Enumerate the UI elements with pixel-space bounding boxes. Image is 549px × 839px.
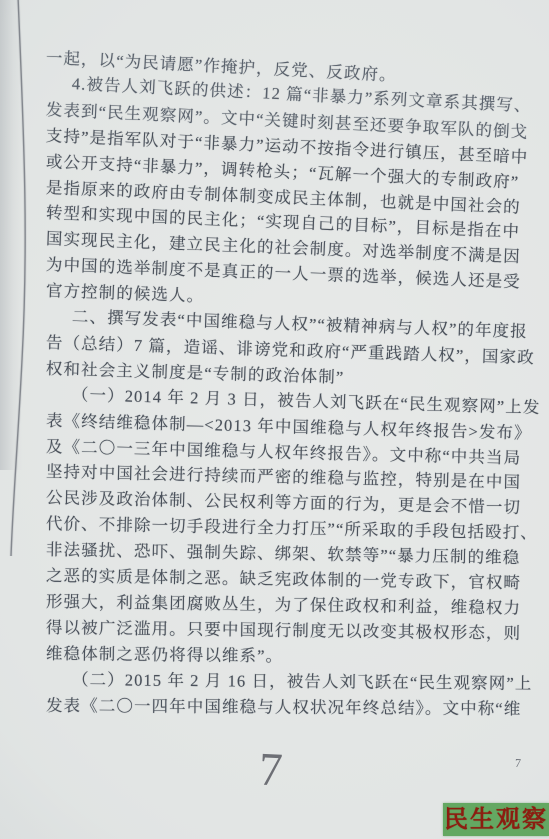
page-number-large: 7 <box>258 743 284 798</box>
text-line: （二）2015 年 2 月 16 日，被告人刘飞跃在“民生观察网”上 <box>72 666 533 694</box>
text-line: 得以被广泛滥用。只要中国现行制度无以改变其极权形态，则 <box>46 614 521 644</box>
text-line: 发表《二〇一四年中国维稳与人权状况年终总结》。文中称“维 <box>46 692 522 719</box>
watermark-text: 民生观察 <box>444 808 548 832</box>
text-line: 官方控制的候选人。 <box>46 277 205 307</box>
document-text: 一起，以“为民请愿”作掩护，反党、反政府。4.被告人刘飞跃的供述：12 篇“非暴… <box>0 0 549 839</box>
page-number-small: 7 <box>515 756 522 771</box>
text-line: 维稳体制之恶仍将得以维系”。 <box>46 640 283 666</box>
watermark-stamp: 民生观察 <box>443 803 549 836</box>
photographed-document-page: 一起，以“为民请愿”作掩护，反党、反政府。4.被告人刘飞跃的供述：12 篇“非暴… <box>0 0 549 839</box>
